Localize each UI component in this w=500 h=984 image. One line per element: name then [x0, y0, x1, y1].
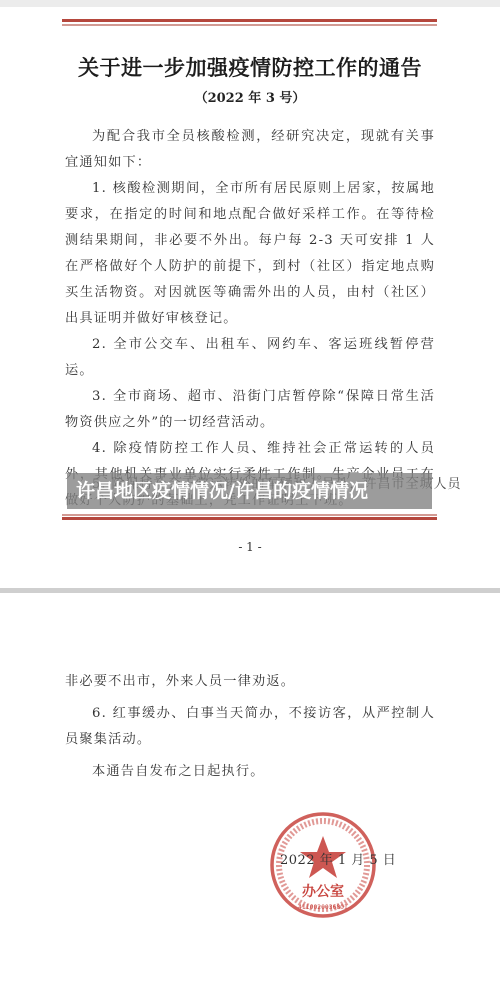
header-red-rule — [62, 19, 437, 26]
item-1: 1. 核酸检测期间，全市所有居民原则上居家，按属地要求，在指定的时间和地点配合做… — [65, 176, 435, 332]
document-page-2: 非必要不出市，外来人员一律劝返。 6. 红事缓办、白事当天简办，不接访客，从严控… — [0, 593, 500, 984]
item-2: 2. 全市公交车、出租车、网约车、客运班线暂停营运。 — [65, 332, 435, 384]
caption-overlay: 许昌地区疫情情况/许昌的疫情情况 — [67, 473, 432, 509]
svg-text:4110020036801: 4110020036801 — [298, 904, 348, 911]
document-number: （2022 年 3 号） — [0, 87, 500, 106]
item-6: 6. 红事缓办、白事当天简办，不接访客，从严控制人员聚集活动。 — [65, 701, 435, 753]
svg-text:办公室: 办公室 — [302, 883, 344, 900]
item-3: 3. 全市商场、超市、沿街门店暂停除“保障日常生活物资供应之外”的一切经营活动。 — [65, 384, 435, 436]
continuation-paragraph: 非必要不出市，外来人员一律劝返。 — [65, 669, 435, 695]
intro-paragraph: 为配合我市全员核酸检测，经研究决定，现就有关事宜通知如下： — [65, 124, 435, 176]
page-number: - 1 - — [0, 540, 500, 554]
footer-red-rule — [62, 514, 437, 520]
signature-date: 2022 年 1 月 5 日 — [280, 849, 396, 868]
closing-paragraph: 本通告自发布之日起执行。 — [65, 759, 435, 785]
document-title: 关于进一步加强疫情防控工作的通告 — [0, 52, 500, 82]
top-strip — [0, 0, 500, 7]
document-body: 为配合我市全员核酸检测，经研究决定，现就有关事宜通知如下： 1. 核酸检测期间，… — [65, 124, 435, 514]
document-body-page-2: 非必要不出市，外来人员一律劝返。 6. 红事缓办、白事当天简办，不接访客，从严控… — [65, 669, 435, 785]
